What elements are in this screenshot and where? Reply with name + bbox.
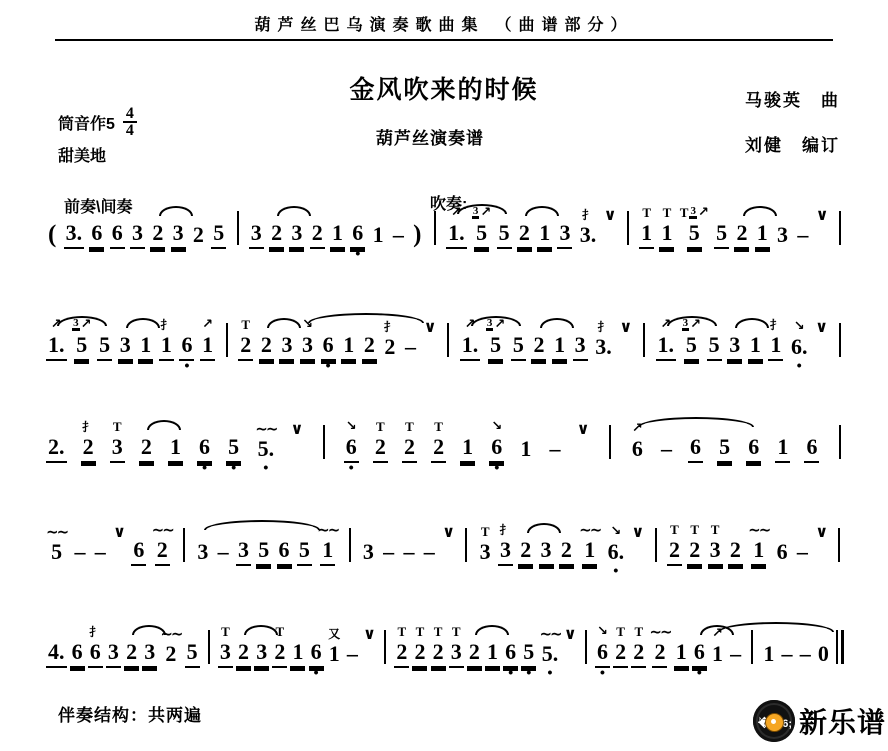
blow-label: 吹奏:	[430, 191, 467, 214]
slur-arc	[638, 417, 754, 427]
note: 4.	[46, 616, 67, 681]
ornament-tr: ~~	[255, 422, 276, 436]
note: ~~5.•	[255, 413, 276, 476]
dash-note: –	[391, 199, 406, 262]
note: T3	[478, 516, 493, 579]
note: 1	[460, 411, 475, 476]
note: T2	[631, 616, 646, 681]
note: 2	[310, 197, 325, 262]
note: 6•	[350, 197, 365, 262]
ornament-T: T	[481, 525, 490, 539]
note: 又1	[327, 618, 342, 681]
barline	[178, 505, 190, 579]
note: T2	[272, 616, 287, 681]
note: 5•	[226, 411, 241, 476]
note: 6	[131, 514, 146, 579]
ornament-tr: ~~	[317, 523, 338, 537]
note: 5	[714, 197, 729, 262]
ornament-da: 扌	[770, 318, 782, 332]
ornament-T: T	[663, 206, 672, 220]
ornament-sd: ↘	[794, 320, 805, 334]
ornament-tr: ~~	[46, 525, 67, 539]
note: 3	[775, 199, 790, 262]
note: 2	[531, 309, 546, 374]
note: ↗6	[630, 413, 645, 476]
score: ( 3. 6 6 3 2 3 2 5 3 2 3 2 1 6•1 – ) ↗1.…	[46, 0, 846, 700]
ornament-T: T	[376, 420, 385, 434]
note: T2	[238, 309, 253, 374]
barline	[638, 300, 650, 374]
score-line-3: 2. 扌2 T3 2 1 6•5•~~5.•∨ ↘6•T2 T2 T2 1 ↘6…	[46, 402, 846, 476]
dash-note: –	[548, 413, 563, 476]
note: ↗1	[200, 309, 215, 374]
ornament-T: T	[416, 625, 425, 639]
ornament-da: 扌	[160, 318, 172, 332]
note: T3	[218, 616, 233, 681]
slur-arc	[525, 206, 559, 216]
note: 3	[573, 309, 588, 374]
dash-note: –	[345, 618, 360, 681]
slur-arc	[267, 318, 301, 328]
barline	[834, 300, 846, 374]
note: 3	[249, 197, 264, 262]
note: 6•	[179, 309, 194, 374]
barline	[460, 505, 472, 579]
barline	[580, 607, 592, 681]
note: 2	[467, 616, 482, 681]
note: 6•	[692, 616, 707, 681]
note: 2	[517, 197, 532, 262]
note: 6	[804, 411, 819, 476]
note: 6•	[309, 616, 324, 681]
dash-note: –	[72, 516, 87, 579]
note: 2	[259, 309, 274, 374]
slur-arc	[735, 318, 769, 328]
note: 2	[734, 197, 749, 262]
barline	[834, 188, 846, 262]
ornament-da: 扌	[582, 208, 594, 222]
note: T1	[639, 197, 654, 262]
note: ↘6.•	[789, 311, 810, 374]
barline	[442, 300, 454, 374]
barline	[221, 300, 233, 374]
note: T2	[613, 616, 628, 681]
note: T2	[402, 411, 417, 476]
dash-note: –	[93, 516, 108, 579]
note: T2	[412, 616, 427, 681]
score-line-5: 4. 6 扌6 3 2 3 ~~2 5 T3 2 3 T2 1 6•又1 – ∨…	[46, 607, 846, 681]
breath-mark: ∨	[816, 199, 829, 262]
breath-mark: ∨	[564, 618, 577, 681]
ornament-sd: ↘	[597, 625, 608, 639]
note: 6	[70, 616, 85, 681]
ornament-T: T	[434, 420, 443, 434]
note: 扌1	[159, 309, 174, 374]
breath-mark: ∨	[631, 516, 644, 579]
note: ~~1	[748, 514, 769, 579]
vinyl-record-icon: ♪ �786;	[753, 700, 795, 742]
ornament-tr: ~~	[152, 523, 173, 537]
ornament-T: T	[241, 318, 250, 332]
ornament-T: T	[616, 625, 625, 639]
ornament-su: ↗	[698, 206, 709, 220]
note: T2	[667, 514, 682, 579]
note: 3	[106, 616, 121, 681]
note: 2	[728, 514, 743, 579]
ornament-T: T	[690, 523, 699, 537]
note: ~~1	[317, 514, 338, 579]
breath-mark: ∨	[424, 311, 437, 374]
barline	[379, 607, 391, 681]
breath-mark: ∨	[815, 516, 828, 579]
note: ↘6•	[344, 411, 359, 476]
note: ↘6•	[489, 411, 504, 476]
ornament-T: T	[452, 625, 461, 639]
prelude-label: 前奏\间奏	[64, 194, 132, 217]
ornament-you: 又	[328, 627, 340, 641]
note: ↘6.•	[606, 516, 627, 579]
note: ~~2	[160, 618, 181, 681]
ornament-da: 扌	[82, 420, 94, 434]
slur-arc	[540, 318, 574, 328]
ornament-T: T	[634, 625, 643, 639]
note: T3	[708, 514, 723, 579]
ornament-tr: ~~	[579, 523, 600, 537]
ornament-da: 扌	[597, 320, 609, 334]
dash-note: –	[422, 516, 437, 579]
ornament-T: T	[405, 420, 414, 434]
barline	[344, 505, 356, 579]
barline	[834, 402, 846, 476]
note: T2	[431, 411, 446, 476]
note: 2	[191, 199, 206, 262]
ornament-sd: ↘	[346, 420, 357, 434]
note: ↘6•	[595, 616, 610, 681]
note: 2	[518, 514, 533, 579]
note: 2	[269, 197, 284, 262]
barline	[650, 505, 662, 579]
ornament-tr: ~~	[748, 523, 769, 537]
ornament-g3: 3	[689, 206, 697, 217]
ornament-T: T	[113, 420, 122, 434]
slur-arc	[277, 206, 311, 216]
note: 扌2	[81, 411, 96, 476]
note: 3	[195, 516, 210, 579]
breath-mark: ∨	[291, 413, 304, 476]
note: 扌3	[498, 514, 513, 579]
barline	[604, 402, 616, 476]
note: ↗1.	[46, 309, 67, 374]
note: 扌6	[88, 616, 103, 681]
bracket: )	[411, 199, 423, 262]
note: T2	[687, 514, 702, 579]
breath-mark: ∨	[577, 413, 590, 476]
note: 6•	[197, 411, 212, 476]
note: 3	[557, 197, 572, 262]
ornament-sd: ↘	[491, 420, 502, 434]
note: 3	[118, 309, 133, 374]
note: 扌3.	[593, 311, 614, 374]
slur-arc	[126, 318, 160, 328]
ornament-T: T	[680, 206, 689, 220]
score-line-2: ↗1. 3↗5 5 3 1 扌1 6•↗1 T2 2 3 ↘3 6•1 2 扌2…	[46, 300, 846, 374]
slur-arc	[743, 206, 777, 216]
dash-note: –	[795, 199, 810, 262]
accompaniment-note: 伴奏结构：共两遍	[58, 701, 202, 726]
note: T3↗5	[680, 197, 709, 262]
note: 扌1	[768, 309, 783, 374]
ornament-sd: ↘	[610, 525, 621, 539]
score-line-4: ~~5 – – ∨ 6 ~~2 3 – 3 5 6 5 ~~1 3 – – – …	[46, 505, 846, 579]
note: 1	[371, 199, 386, 262]
breath-mark: ∨	[363, 618, 376, 681]
barline	[622, 188, 634, 262]
note: 6	[746, 411, 761, 476]
note: 5	[211, 197, 226, 262]
note: 2.	[46, 411, 67, 476]
note: ↗1.	[460, 309, 481, 374]
breath-mark: ∨	[619, 311, 632, 374]
slur-arc	[159, 206, 193, 216]
note: 2	[236, 616, 251, 681]
note: 2	[139, 411, 154, 476]
final-barline	[834, 607, 846, 681]
note: T3	[110, 411, 125, 476]
note: ~~2	[649, 616, 670, 681]
note: ~~5	[46, 516, 67, 579]
breath-mark: ∨	[604, 199, 617, 262]
ornament-da: 扌	[499, 523, 511, 537]
ornament-T: T	[434, 625, 443, 639]
note: 扌3.	[578, 199, 599, 262]
dash-note: –	[381, 516, 396, 579]
ornament-su: ↗	[202, 318, 213, 332]
barline	[318, 402, 330, 476]
ornament-T: T	[642, 206, 651, 220]
note: 1	[330, 197, 345, 262]
note: 3	[727, 309, 742, 374]
barline	[833, 505, 845, 579]
bracket: (	[46, 199, 58, 262]
note: 1	[518, 413, 533, 476]
note: 6	[775, 516, 790, 579]
note: T1	[659, 197, 674, 262]
ornament-T: T	[711, 523, 720, 537]
brand-logo: ♪ �786; 新乐谱	[753, 700, 886, 742]
note: T2	[431, 616, 446, 681]
note: T2	[394, 616, 409, 681]
barline	[232, 188, 244, 262]
note: 5	[185, 616, 200, 681]
breath-mark: ∨	[442, 516, 455, 579]
ornament-T: T	[670, 523, 679, 537]
note: 3	[361, 516, 376, 579]
note: T3	[449, 616, 464, 681]
breath-mark: ∨	[113, 516, 126, 579]
note: T2	[373, 411, 388, 476]
dash-note: –	[795, 516, 810, 579]
note: 1	[674, 616, 689, 681]
ornament-T: T	[221, 625, 230, 639]
ornament-T: T	[397, 625, 406, 639]
note: 1	[290, 616, 305, 681]
note: 1	[775, 411, 790, 476]
brand-text: 新乐谱	[799, 701, 886, 741]
ornament-tr: ~~	[649, 625, 670, 639]
note: ~~1	[579, 514, 600, 579]
note: 2	[124, 616, 139, 681]
note: 5•	[521, 616, 536, 681]
note: ↗1.	[656, 309, 677, 374]
ornament-tr: ~~	[539, 627, 560, 641]
ornament-da: 扌	[89, 625, 101, 639]
breath-mark: ∨	[815, 311, 828, 374]
note: 2	[150, 197, 165, 262]
slur-arc	[527, 523, 561, 533]
dash-note: –	[401, 516, 416, 579]
barline	[203, 607, 215, 681]
note: ~~2	[152, 514, 173, 579]
note: ↘3	[300, 309, 315, 374]
note: ~~5.•	[539, 618, 560, 681]
note: 6•	[503, 616, 518, 681]
note: 2	[559, 514, 574, 579]
barline	[746, 607, 758, 681]
